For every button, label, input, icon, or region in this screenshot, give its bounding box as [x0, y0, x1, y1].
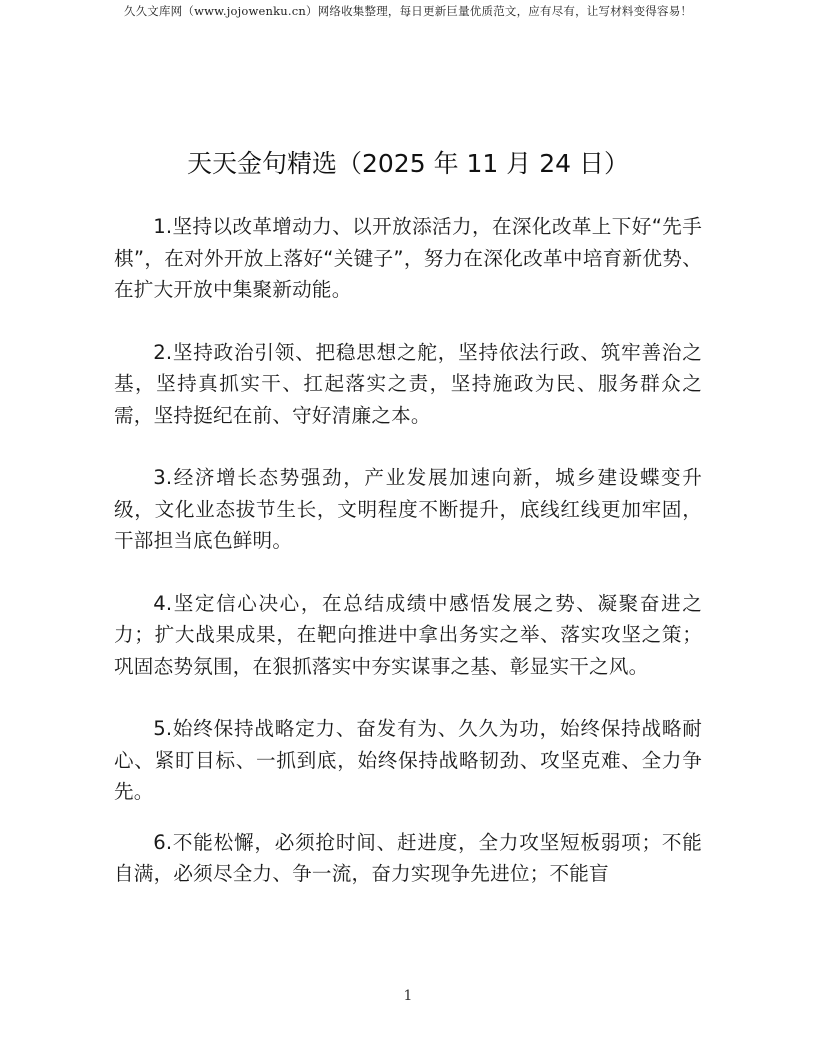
- paragraph-text: 经济增长态势强劲，产业发展加速向新，城乡建设蝶变升级，文化业态拔节生长，文明程度…: [114, 466, 702, 552]
- paragraph-2: 2.坚持政治引领、把稳思想之舵，坚持依法行政、筑牢善治之基，坚持真抓实干、扛起落…: [114, 337, 702, 432]
- document-title: 天天金句精选（2025 年 11 月 24 日）: [0, 146, 816, 182]
- site-banner: 久久文库网（www.jojowenku.cn）网络收集整理，每日更新巨量优质范文…: [0, 3, 816, 19]
- paragraph-number: 4.: [153, 592, 172, 615]
- paragraph-text: 始终保持战略定力、奋发有为、久久为功，始终保持战略耐心、紧盯目标、一抓到底，始终…: [114, 717, 702, 803]
- paragraph-number: 1.: [153, 215, 172, 238]
- page-number: 1: [0, 988, 816, 1004]
- paragraph-number: 5.: [153, 717, 172, 740]
- paragraph-text: 坚定信心决心，在总结成绩中感悟发展之势、凝聚奋进之力；扩大战果成果，在靶向推进中…: [114, 592, 702, 678]
- paragraph-1: 1.坚持以改革增动力、以开放添活力，在深化改革上下好“先手棋”，在对外开放上落好…: [114, 211, 702, 306]
- paragraph-text: 坚持以改革增动力、以开放添活力，在深化改革上下好“先手棋”，在对外开放上落好“关…: [114, 215, 702, 301]
- document-body: 1.坚持以改革增动力、以开放添活力，在深化改革上下好“先手棋”，在对外开放上落好…: [114, 211, 702, 890]
- paragraph-number: 3.: [153, 466, 172, 489]
- paragraph-text: 坚持政治引领、把稳思想之舵，坚持依法行政、筑牢善治之基，坚持真抓实干、扛起落实之…: [114, 341, 702, 427]
- paragraph-4: 4.坚定信心决心，在总结成绩中感悟发展之势、凝聚奋进之力；扩大战果成果，在靶向推…: [114, 588, 702, 683]
- paragraph-number: 6.: [153, 831, 172, 854]
- paragraph-5: 5.始终保持战略定力、奋发有为、久久为功，始终保持战略耐心、紧盯目标、一抓到底，…: [114, 713, 702, 808]
- paragraph-3: 3.经济增长态势强劲，产业发展加速向新，城乡建设蝶变升级，文化业态拔节生长，文明…: [114, 462, 702, 557]
- paragraph-number: 2.: [153, 341, 172, 364]
- paragraph-6: 6.不能松懈，必须抢时间、赶进度，全力攻坚短板弱项；不能自满，必须尽全力、争一流…: [114, 827, 702, 890]
- paragraph-text: 不能松懈，必须抢时间、赶进度，全力攻坚短板弱项；不能自满，必须尽全力、争一流，奋…: [114, 831, 702, 886]
